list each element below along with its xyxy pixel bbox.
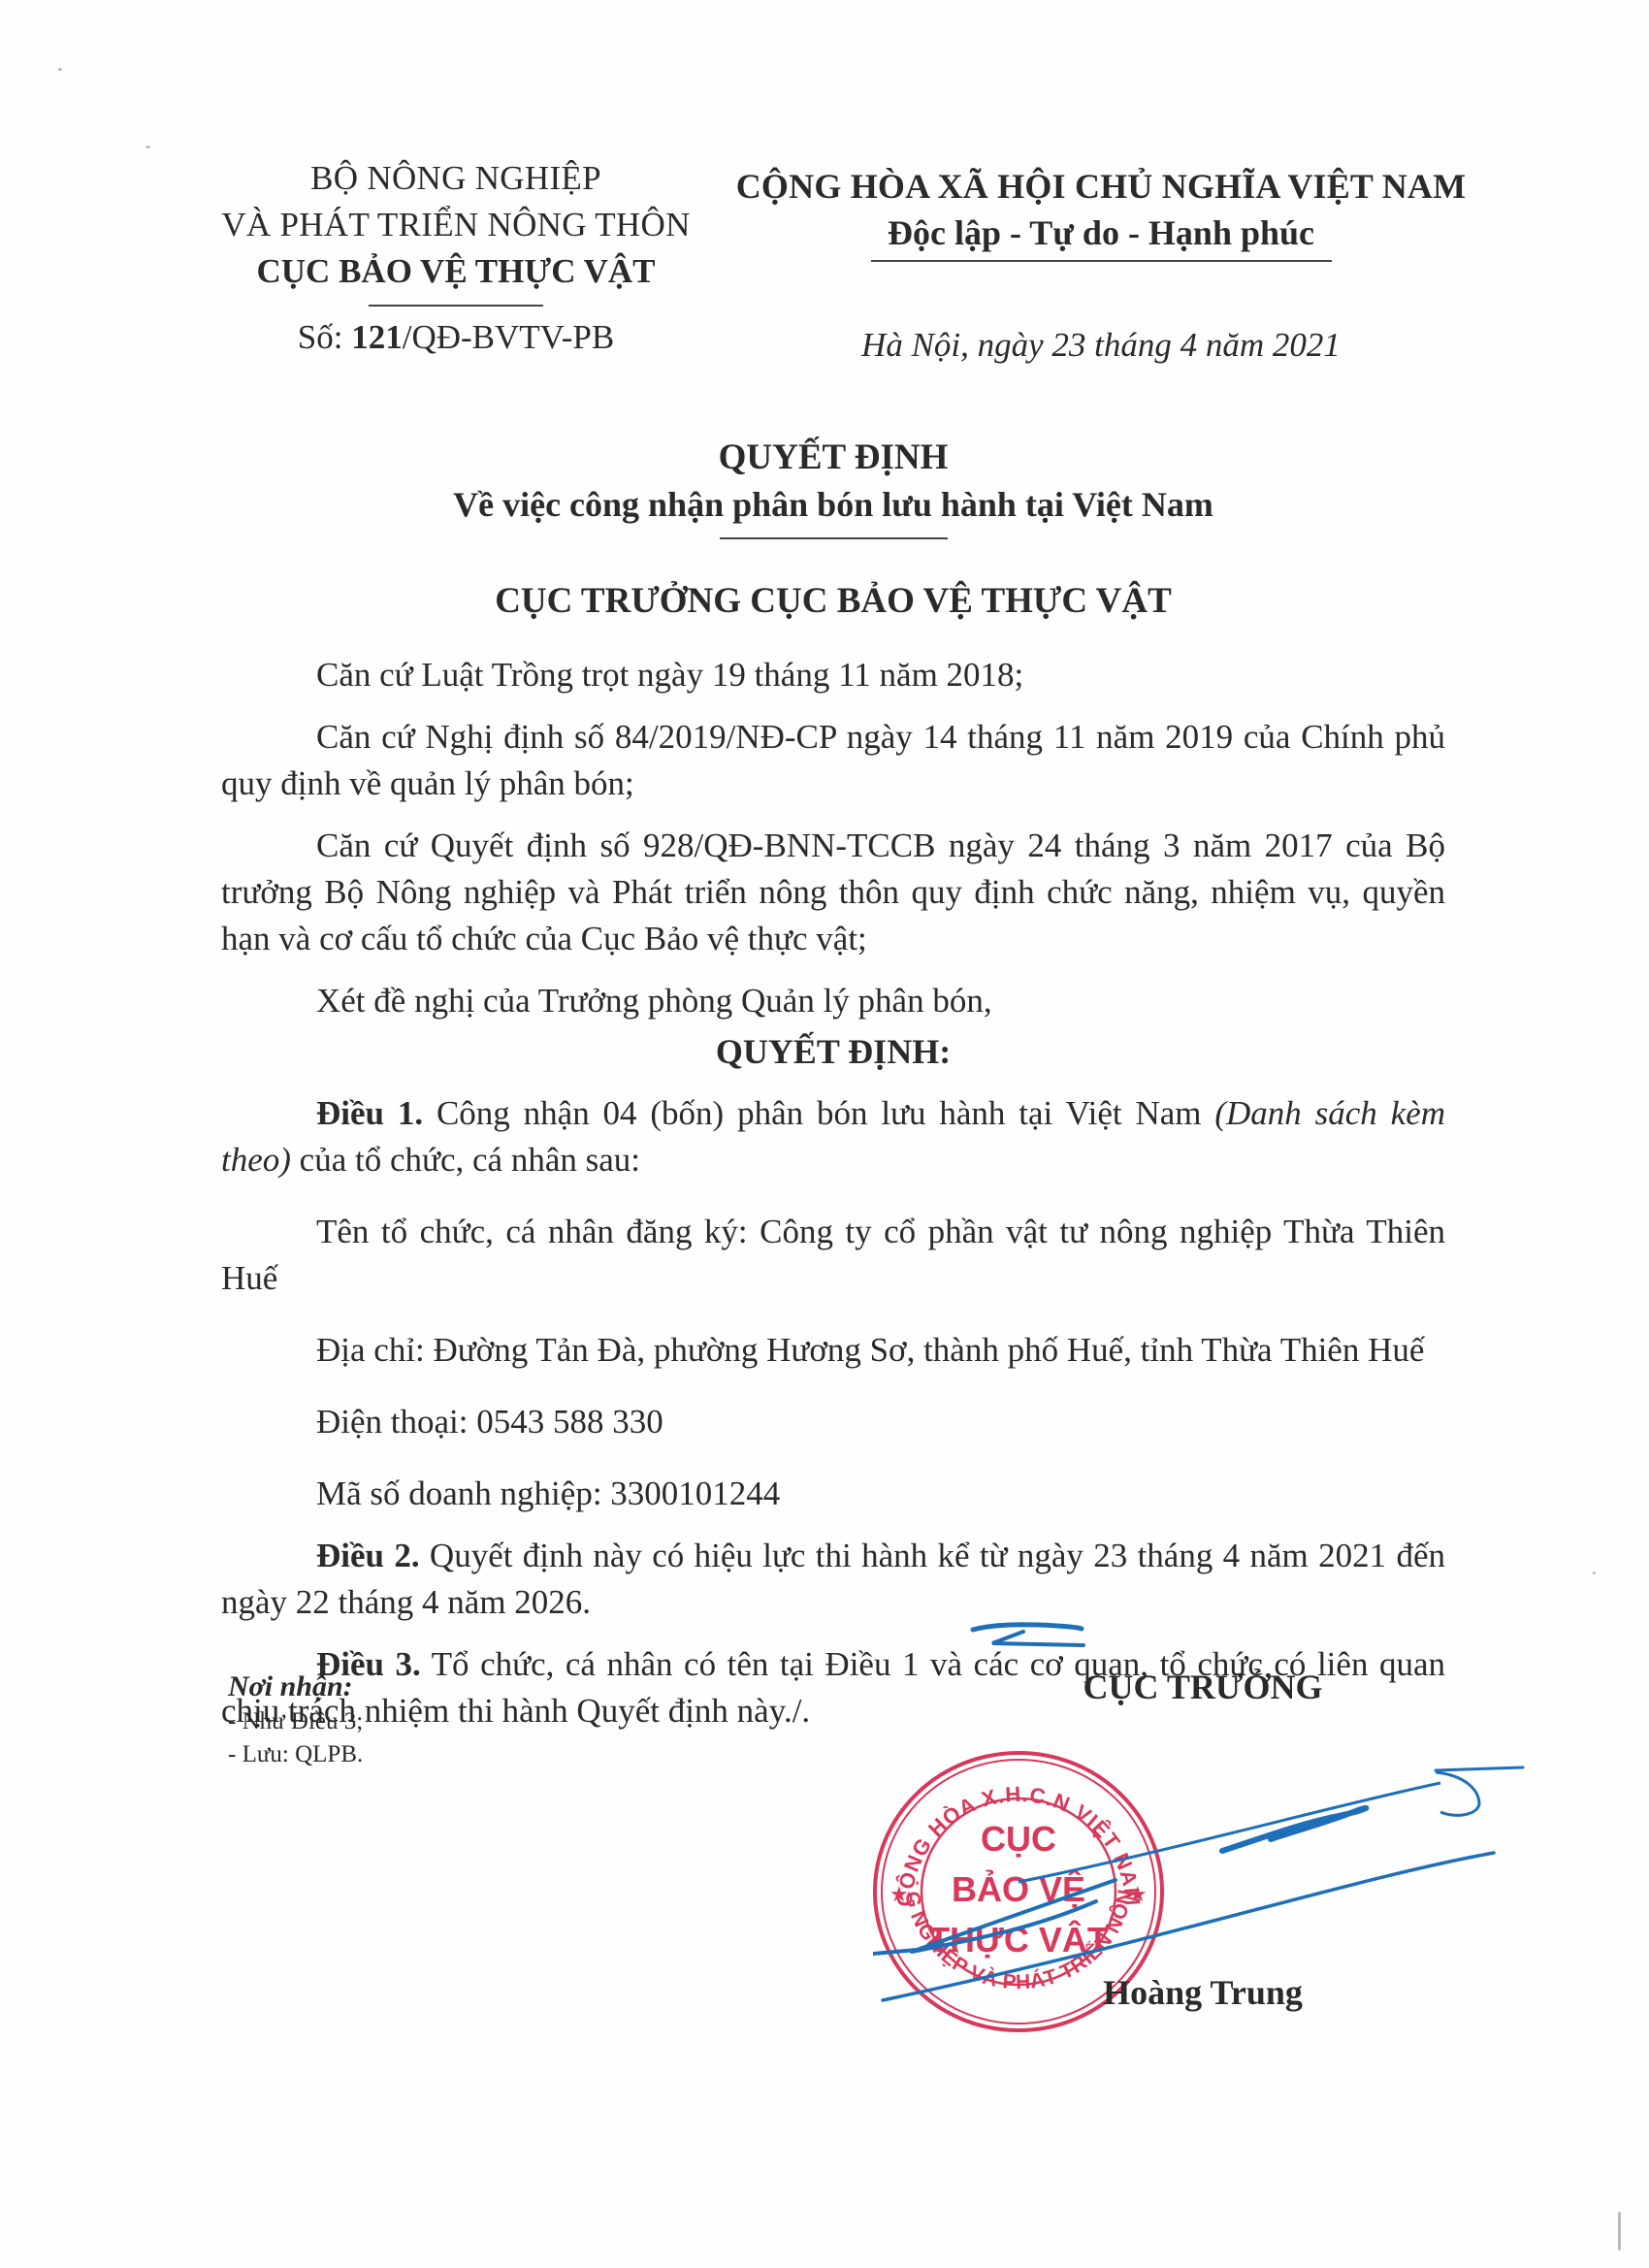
document-number: Số: 121/QĐ-BVTV-PB [184,318,727,357]
article-tail: của tổ chức, cá nhân sau: [291,1141,640,1179]
motto: Độc lập - Tự do - Hạnh phúc [713,210,1489,256]
legal-basis-1: Căn cứ Luật Trồng trọt ngày 19 tháng 11 … [221,652,1445,698]
article-label: Điều 2. [316,1537,420,1574]
department-name: CỤC BẢO VỆ THỰC VẬT [184,248,727,295]
article-text: Công nhận 04 (bốn) phân bón lưu hành tại… [423,1094,1214,1132]
number-prefix: Số: [298,318,351,356]
issuing-agency-header: BỘ NÔNG NGHIỆP VÀ PHÁT TRIỂN NÔNG THÔN C… [184,155,727,307]
decision-heading: QUYẾT ĐỊNH: [221,1028,1445,1075]
legal-basis-2: Căn cứ Nghị định số 84/2019/NĐ-CP ngày 1… [221,714,1445,807]
recipient-item: - Lưu: QLPB. [228,1738,713,1771]
proposal: Xét đề nghị của Trưởng phòng Quản lý phâ… [221,978,1445,1024]
recipients: Nơi nhận: - Như Điều 3; - Lưu: QLPB. [228,1669,713,1771]
document-title: QUYẾT ĐỊNH Về việc công nhận phân bón lư… [221,435,1445,539]
recipient-item: - Như Điều 3; [228,1705,713,1738]
divider [871,260,1332,262]
ministry-line-2: VÀ PHÁT TRIỂN NÔNG THÔN [184,202,727,248]
scan-speck [1593,1571,1596,1574]
scan-speck [58,68,62,71]
number-suffix: /QĐ-BVTV-PB [403,318,614,356]
recipients-heading: Nơi nhận: [228,1669,713,1705]
organization-phone: Điện thoại: 0543 588 330 [221,1399,1445,1445]
signer-name: Hoàng Trung [1067,1972,1339,2013]
country-name: CỘNG HÒA XÃ HỘI CHỦ NGHĨA VIỆT NAM [713,163,1489,210]
divider [369,305,543,307]
organization-name: Tên tổ chức, cá nhân đăng ký: Công ty cổ… [221,1209,1445,1302]
title-subject: Về việc công nhận phân bón lưu hành tại … [221,481,1445,528]
organization-address: Địa chỉ: Đường Tản Đà, phường Hương Sơ, … [221,1327,1445,1374]
scan-speck [145,146,150,148]
scan-edge [1618,2212,1621,2251]
issuing-authority: CỤC TRƯỞNG CỤC BẢO VỆ THỰC VẬT [221,580,1445,622]
divider [720,537,948,539]
signer-title: CỤC TRƯỞNG [1009,1667,1397,1707]
document-body: Căn cứ Luật Trồng trọt ngày 19 tháng 11 … [221,652,1445,1734]
article-label: Điều 1. [316,1094,423,1132]
place-date: Hà Nội, ngày 23 tháng 4 năm 2021 [713,326,1489,365]
article-2: Điều 2. Quyết định này có hiệu lực thi h… [221,1533,1445,1626]
article-1: Điều 1. Công nhận 04 (bốn) phân bón lưu … [221,1090,1445,1183]
business-code: Mã số doanh nghiệp: 3300101244 [221,1471,1445,1517]
legal-basis-3: Căn cứ Quyết định số 928/QĐ-BNN-TCCB ngà… [221,823,1445,962]
title-main: QUYẾT ĐỊNH [221,435,1445,481]
national-header: CỘNG HÒA XÃ HỘI CHỦ NGHĨA VIỆT NAM Độc l… [713,163,1489,262]
paraph-mark [965,1618,1101,1657]
ministry-line-1: BỘ NÔNG NGHIỆP [184,155,727,202]
number-value: 121 [351,318,403,356]
